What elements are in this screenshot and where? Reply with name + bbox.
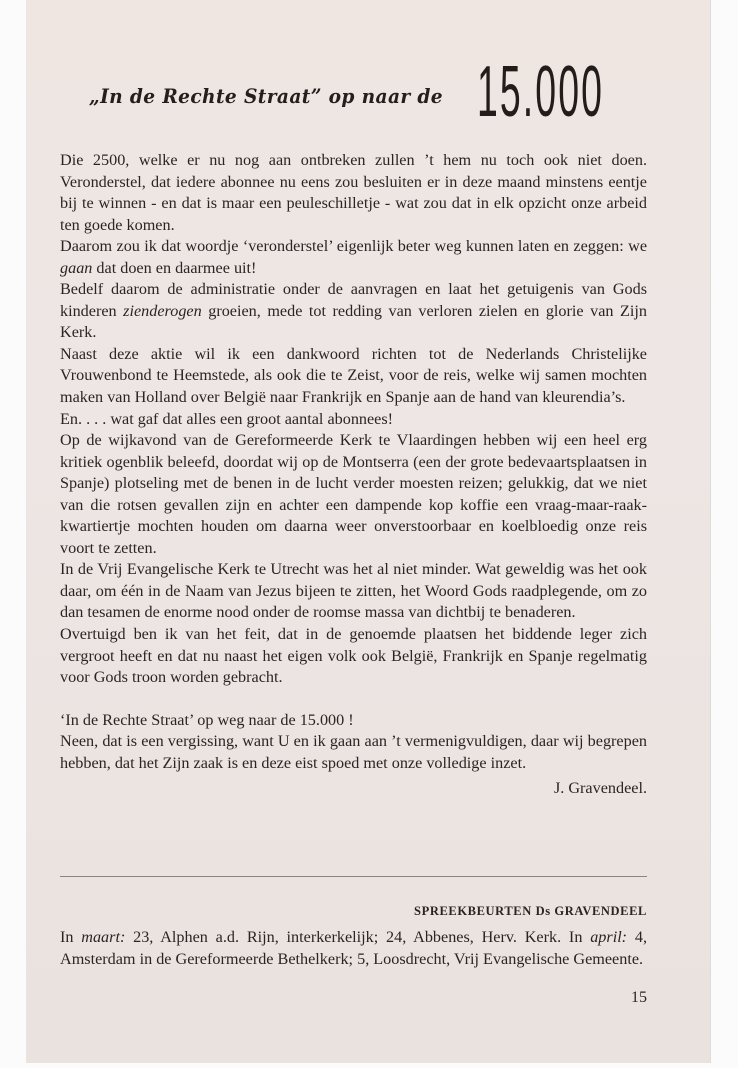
paragraph-p4: Naast deze aktie wil ik een dankwoord ri…: [60, 344, 647, 409]
text-run: En. . . . wat gaf dat alles een groot aa…: [60, 410, 393, 428]
text-run: ‘In de Rechte Straat’ op weg naar de 15.…: [60, 711, 354, 729]
section-divider: [60, 876, 647, 877]
paragraph-p10: Neen, dat is een vergissing, want U en i…: [60, 731, 647, 774]
text-run: In de Vrij Evangelische Kerk te Utrecht …: [60, 560, 647, 621]
emphasis-text: april:: [590, 928, 627, 946]
emphasis-text: maart:: [81, 928, 125, 946]
emphasis-text: gaan: [60, 259, 92, 277]
page-number: 15: [60, 989, 647, 1007]
magazine-page: „In de Rechte Straat” op naar de 15.000 …: [27, 0, 710, 1063]
article-body: Die 2500, welke er nu nog aan ontbreken …: [60, 150, 647, 800]
paragraph-p3: Bedelf daarom de administratie onder de …: [60, 279, 647, 344]
paragraph-p1: Die 2500, welke er nu nog aan ontbreken …: [60, 150, 647, 236]
text-run: Overtuigd ben ik van het feit, dat in de…: [60, 625, 647, 686]
text-run: In: [60, 928, 81, 946]
paragraph-p2: Daarom zou ik dat woordje ‘veronderstel’…: [60, 236, 647, 279]
paragraph-p9: ‘In de Rechte Straat’ op weg naar de 15.…: [60, 710, 647, 732]
text-run: 23, Alphen a.d. Rijn, interkerkelijk; 24…: [125, 928, 590, 946]
paragraph-p7: In de Vrij Evangelische Kerk te Utrecht …: [60, 559, 647, 624]
paragraph-p8: Overtuigd ben ik van het feit, dat in de…: [60, 624, 647, 689]
text-run: Die 2500, welke er nu nog aan ontbreken …: [60, 151, 647, 234]
paragraph-p5: En. . . . wat gaf dat alles een groot aa…: [60, 409, 647, 431]
article-title: „In de Rechte Straat” op naar de 15.000: [27, 56, 710, 126]
emphasis-text: zienderogen: [123, 302, 202, 320]
title-text: „In de Rechte Straat” op naar de: [89, 84, 443, 108]
paragraph-p6: Op de wijkavond van de Gereformeerde Ker…: [60, 430, 647, 559]
title-number: 15.000: [477, 56, 604, 128]
notice-text: In maart: 23, Alphen a.d. Rijn, interker…: [60, 927, 647, 970]
notice-heading: SPREEKBEURTEN Ds GRAVENDEEL: [60, 904, 647, 919]
text-run: Op de wijkavond van de Gereformeerde Ker…: [60, 431, 647, 557]
text-run: dat doen en daarmee uit!: [92, 259, 256, 277]
text-run: Naast deze aktie wil ik een dankwoord ri…: [60, 345, 647, 406]
author-signature: J. Gravendeel.: [60, 778, 647, 800]
text-run: Neen, dat is een vergissing, want U en i…: [60, 732, 647, 772]
text-run: Daarom zou ik dat woordje ‘veronderstel’…: [60, 237, 647, 255]
